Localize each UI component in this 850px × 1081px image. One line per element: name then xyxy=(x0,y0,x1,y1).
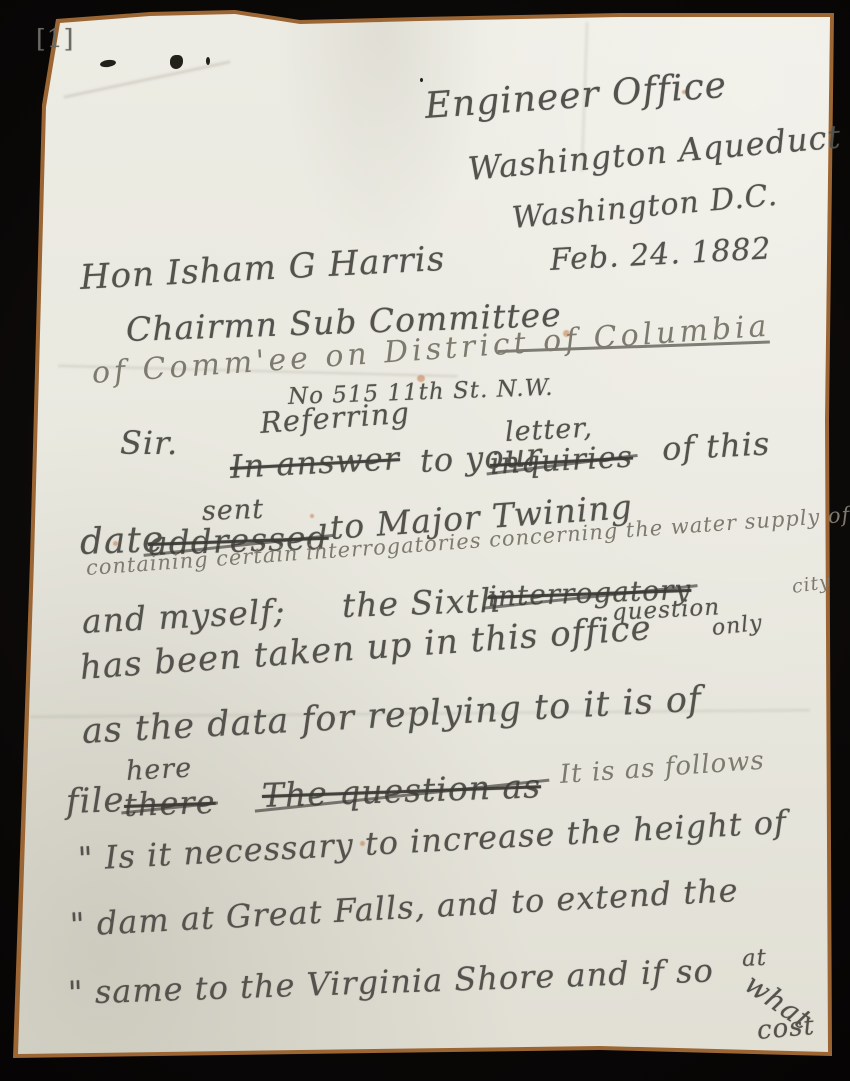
struck-word: there xyxy=(123,783,216,824)
scan-background: [1] Engineer Office Washington Aqueduct … xyxy=(0,0,850,1081)
inserted-word: only xyxy=(711,611,764,641)
body-text: the Sixth xyxy=(341,580,502,625)
struck-word: inquiries xyxy=(489,440,634,482)
ink-spot xyxy=(206,57,210,65)
body-text: of this xyxy=(661,424,771,468)
inserted-word: here xyxy=(125,753,193,787)
page-number-annotation: [1] xyxy=(36,24,74,53)
quoted-word: cost xyxy=(756,1011,816,1046)
ink-spot xyxy=(420,78,423,82)
salutation-line: Sir. xyxy=(120,424,178,462)
body-text: file xyxy=(65,780,125,822)
inserted-word: at xyxy=(741,945,767,972)
